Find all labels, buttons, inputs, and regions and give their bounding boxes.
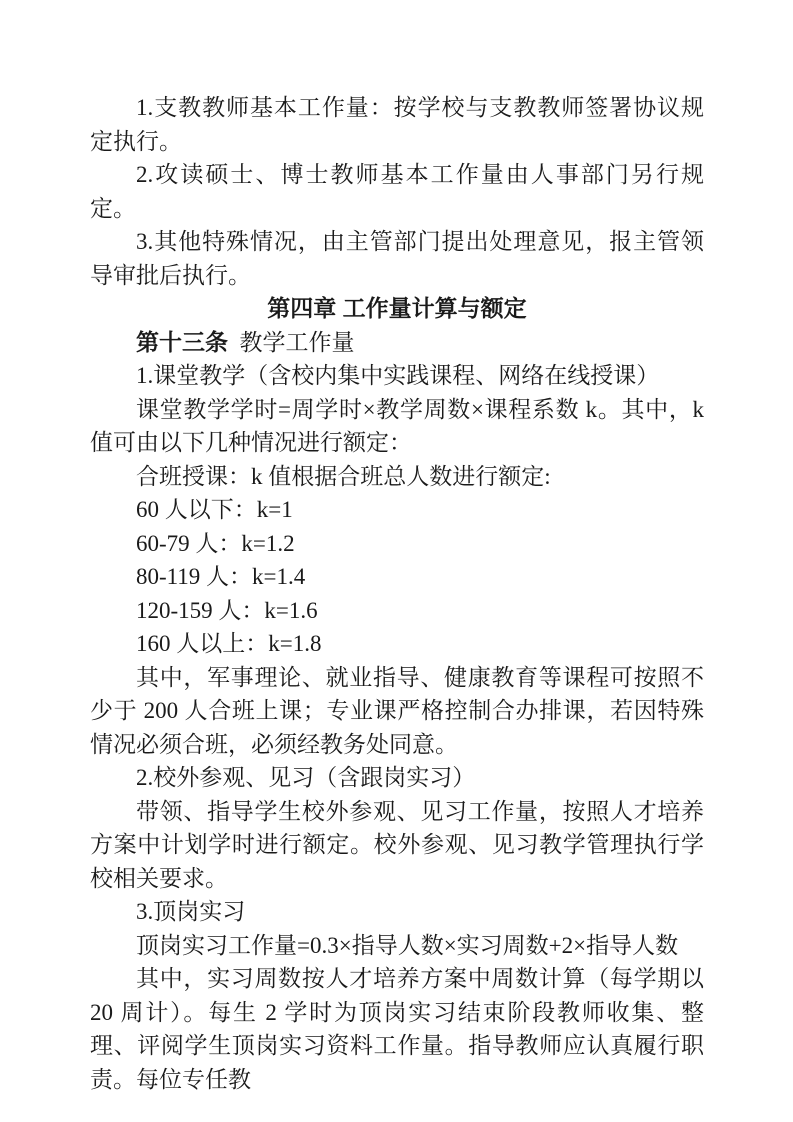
article-13-title: 教学工作量 [240,330,355,355]
post-practice-title: 3.顶岗实习 [90,895,704,929]
combined-class-note: 其中，军事理论、就业指导、健康教育等课程可按照不少于 200 人合班上课；专业课… [90,661,704,762]
classroom-teaching-title: 1.课堂教学（含校内集中实践课程、网络在线授课） [90,359,704,393]
post-practice-detail: 其中，实习周数按人才培养方案中周数计算（每学期以 20 周计）。每生 2 学时为… [90,962,704,1096]
post-practice-formula: 顶岗实习工作量=0.3×指导人数×实习周数+2×指导人数 [90,929,704,963]
field-visit-detail: 带领、指导学生校外参观、见习工作量，按照人才培养方案中计划学时进行额定。校外参观… [90,795,704,896]
k-value-line-4: 120-159 人：k=1.6 [90,594,704,628]
paragraph-special-case-1: 1.支教教师基本工作量：按学校与支教教师签署协议规定执行。 [90,91,704,158]
paragraph-special-case-3: 3.其他特殊情况，由主管部门提出处理意见，报主管领导审批后执行。 [90,225,704,292]
document-page: 1.支教教师基本工作量：按学校与支教教师签署协议规定执行。 2.攻读硕士、博士教… [0,0,793,1122]
k-value-line-1: 60 人以下：k=1 [90,493,704,527]
document-body: 1.支教教师基本工作量：按学校与支教教师签署协议规定执行。 2.攻读硕士、博士教… [90,91,704,1096]
paragraph-special-case-2: 2.攻读硕士、博士教师基本工作量由人事部门另行规定。 [90,158,704,225]
classroom-teaching-formula: 课堂教学学时=周学时×教学周数×课程系数 k。其中，k 值可由以下几种情况进行额… [90,393,704,460]
k-value-line-5: 160 人以上：k=1.8 [90,627,704,661]
article-13-number: 第十三条 [136,329,228,355]
combined-class-rule: 合班授课：k 值根据合班总人数进行额定: [90,460,704,494]
k-value-line-3: 80-119 人：k=1.4 [90,560,704,594]
k-value-line-2: 60-79 人：k=1.2 [90,527,704,561]
chapter-heading: 第四章 工作量计算与额定 [90,292,704,326]
field-visit-title: 2.校外参观、见习（含跟岗实习） [90,761,704,795]
article-13-line: 第十三条教学工作量 [90,326,704,360]
